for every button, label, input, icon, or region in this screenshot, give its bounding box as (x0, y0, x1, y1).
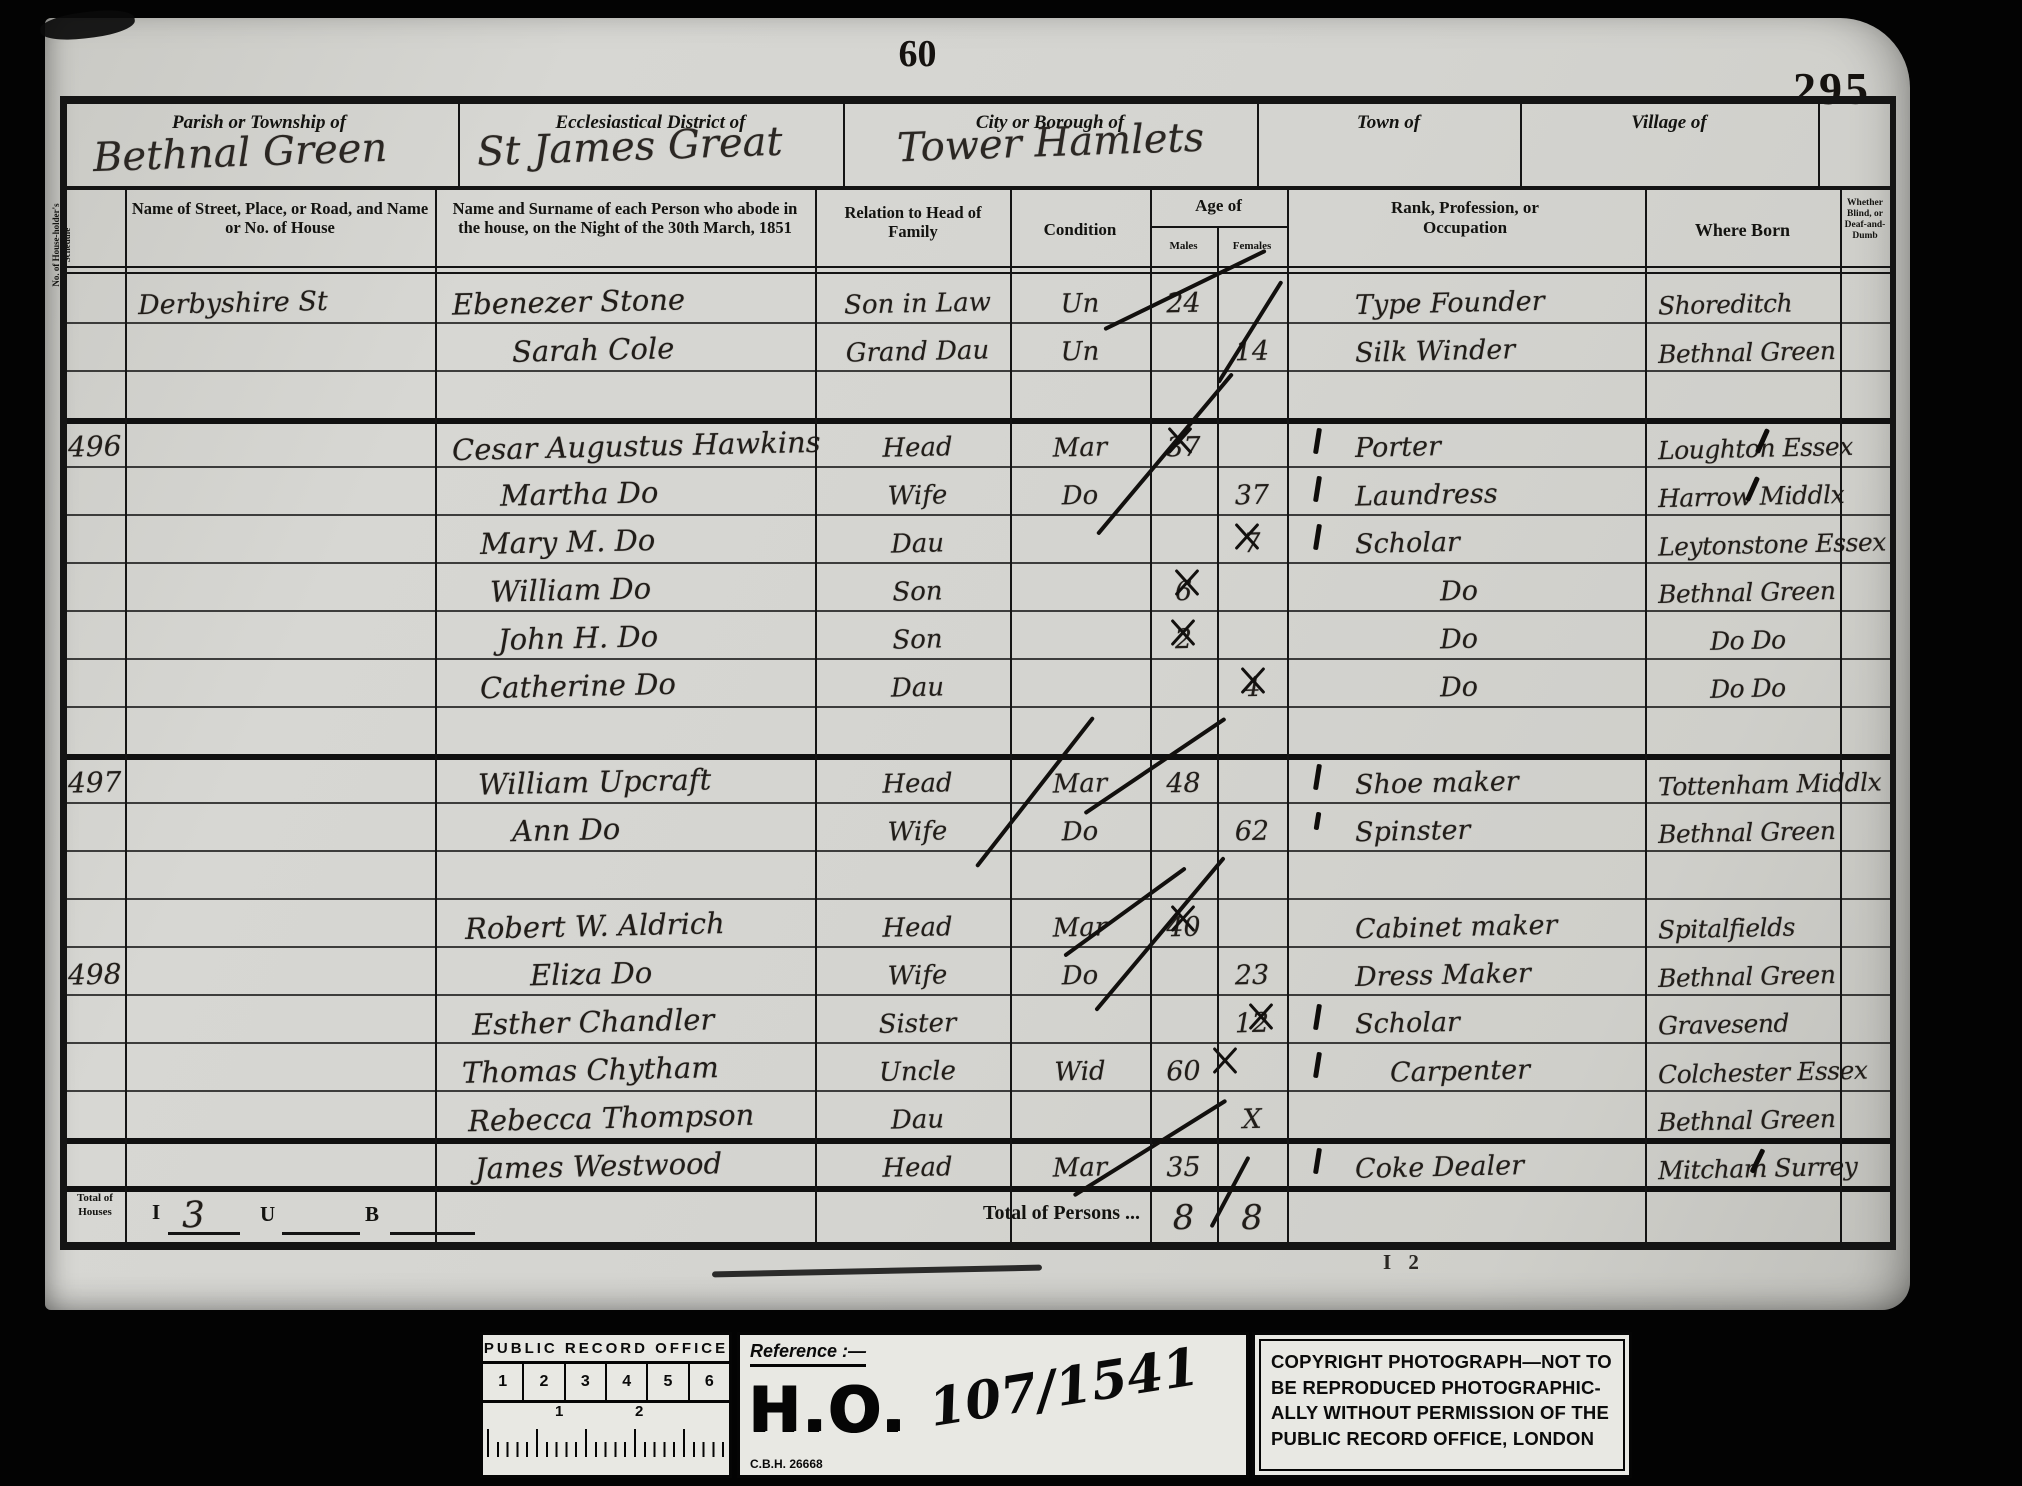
rule-line (168, 1232, 240, 1235)
table-row: 497 William Upcraft Head Mar 48 Shoe mak… (60, 754, 1896, 804)
table-row: Ann Do Wife Do 62 Spinster Bethnal Green (60, 802, 1896, 852)
table-row (60, 706, 1896, 760)
cell-name: Thomas Chytham (462, 1050, 719, 1090)
copyright-notice: COPYRIGHT PHOTOGRAPH—NOT TO BE REPRODUCE… (1252, 1332, 1632, 1478)
rule-line (1645, 186, 1647, 1242)
cm-number: 1 (555, 1403, 563, 1420)
check-mark (1313, 1052, 1322, 1078)
copyright-line: BE REPRODUCED PHOTOGRAPHIC- (1271, 1375, 1613, 1401)
cell-schedule: 498 (68, 957, 122, 991)
cell-name: James Westwood (475, 1146, 723, 1186)
cell-occupation: Scholar (1355, 527, 1461, 560)
inch-cell: 2 (524, 1364, 565, 1400)
cm-number: 2 (635, 1403, 643, 1420)
cell-name: Robert W. Aldrich (465, 906, 725, 946)
table-row: John H. Do Son 2 Do Do Do (60, 610, 1896, 660)
total-houses-value: 3 (182, 1195, 206, 1237)
column-header-age: Age of (1150, 196, 1287, 216)
cell-relation: Grand Dau (820, 335, 1016, 369)
cell-occupation: Do (1440, 624, 1479, 656)
rule-line (1520, 104, 1522, 186)
column-header-females: Females (1217, 240, 1287, 253)
census-page: 60 295 Parish or Township of Ecclesiasti… (45, 18, 1910, 1310)
cell-born: Leytonstone Essex (1658, 527, 1886, 561)
inch-cell: 3 (566, 1364, 607, 1400)
cell-occupation: Silk Winder (1355, 334, 1516, 369)
inch-cell: 4 (607, 1364, 648, 1400)
rule-line (282, 1232, 360, 1235)
cell-born: Spitalfields (1658, 912, 1796, 944)
table-row: Catherine Do Dau 4 Do Do Do (60, 658, 1896, 708)
ruler-inches: 1 2 3 4 5 6 (483, 1364, 729, 1403)
cell-age-female: 37 (1217, 479, 1288, 512)
cell-relation: Sister (820, 1007, 1016, 1041)
cell-relation: Head (820, 431, 1016, 465)
geo-town-label: Town of (1257, 112, 1520, 134)
column-header-occupation: Rank, Profession, or Occupation (1365, 198, 1565, 237)
rule-line (1287, 186, 1289, 1242)
total-houses-label: Total of Houses (64, 1192, 126, 1220)
rule-line (1257, 104, 1259, 186)
inhabited-label: I (152, 1200, 160, 1225)
inch-cell: 1 (483, 1364, 524, 1400)
cell-condition: Wid (1010, 1055, 1151, 1088)
cell-occupation: Carpenter (1390, 1054, 1531, 1088)
check-mark (1313, 428, 1322, 454)
rule-line (1840, 186, 1842, 1242)
cell-born: Do Do (1710, 673, 1786, 704)
total-persons-males: 8 (1150, 1197, 1218, 1239)
rule-line (435, 186, 437, 1242)
cell-occupation: Do (1440, 672, 1479, 704)
cell-born: Gravesend (1658, 1009, 1790, 1041)
rule-line (60, 96, 67, 1250)
rule-line (1890, 96, 1896, 1250)
cell-age-male: 60 (1150, 1055, 1218, 1088)
cell-age-male: 48 (1150, 767, 1218, 800)
x-mark (1210, 1046, 1240, 1076)
rule-line (60, 186, 1896, 190)
x-mark (1246, 1002, 1276, 1032)
check-mark (1313, 1148, 1322, 1174)
cm-ticks (487, 1427, 725, 1457)
table-row: Mary M. Do Dau 7 Scholar Leytonstone Ess… (60, 514, 1896, 564)
table-row: Sarah Cole Grand Dau Un 14 Silk Winder B… (60, 322, 1896, 372)
cell-name: William Upcraft (478, 762, 712, 801)
rule-line (60, 266, 1896, 268)
column-header-street: Name of Street, Place, or Road, and Name… (129, 200, 431, 238)
cell-born: Tottenham Middlx (1658, 767, 1882, 801)
cell-name: Mary M. Do (480, 523, 656, 561)
cell-born: Bethnal Green (1658, 1104, 1836, 1137)
column-header-males: Males (1150, 240, 1217, 253)
cell-name: Sarah Cole (512, 331, 675, 369)
cell-occupation: Type Founder (1355, 286, 1545, 321)
cell-name: Esther Chandler (472, 1002, 715, 1041)
copyright-line: ALLY WITHOUT PERMISSION OF THE (1271, 1400, 1613, 1426)
cell-occupation: Cabinet maker (1355, 910, 1558, 946)
check-mark (1313, 1004, 1322, 1030)
rule-line (1010, 186, 1012, 1242)
rule-line (1150, 186, 1152, 1242)
check-mark (1314, 812, 1322, 831)
check-mark (1313, 764, 1322, 790)
table-row: 496 Cesar Augustus Hawkins Head Mar 37 P… (60, 418, 1896, 468)
table-row: Robert W. Aldrich Head Mar 40 Cabinet ma… (60, 898, 1896, 948)
x-mark (1238, 666, 1268, 696)
totals-band: Total of Houses I 3 U B Total of Persons… (60, 1186, 1896, 1242)
rule-line (60, 1242, 1896, 1250)
cell-relation: Head (820, 1151, 1016, 1185)
rule-line (60, 96, 1896, 104)
cell-occupation: Coke Dealer (1355, 1150, 1525, 1185)
reference-stamp: Reference :— H.O. 107/1541 C.B.H. 26668 (737, 1332, 1249, 1478)
column-header-schedule: No. of House-holder's Schedule (61, 190, 125, 272)
x-mark (1172, 568, 1202, 598)
geo-parish-value: Bethnal Green (92, 125, 388, 181)
cell-occupation: Laundress (1355, 478, 1498, 512)
check-mark (1313, 524, 1322, 550)
check-mark (1313, 476, 1322, 502)
cell-relation: Son (820, 575, 1016, 609)
geo-village-label: Village of (1520, 112, 1818, 134)
rule-line (458, 104, 460, 186)
uninhabited-label: U (260, 1202, 275, 1227)
copyright-line: COPYRIGHT PHOTOGRAPH—NOT TO (1271, 1349, 1613, 1375)
cell-relation: Son (820, 623, 1016, 657)
cell-relation: Wife (820, 479, 1016, 513)
table-row: 498 Eliza Do Wife Do 23 Dress Maker Beth… (60, 946, 1896, 996)
cell-born: Do Do (1710, 625, 1786, 656)
inch-cell: 6 (690, 1364, 729, 1400)
inch-cell: 5 (648, 1364, 689, 1400)
pro-stamp: PUBLIC RECORD OFFICE 1 2 3 4 5 6 1 2 (480, 1332, 732, 1478)
column-header-blind: Whether Blind, or Deaf-and-Dumb (1838, 198, 1892, 242)
copyright-line: PUBLIC RECORD OFFICE, LONDON (1271, 1426, 1613, 1452)
column-header-relation: Relation to Head of Family (833, 204, 993, 242)
cell-name: Rebecca Thompson (468, 1098, 755, 1138)
cell-occupation: Spinster (1355, 815, 1471, 849)
rule-line (1217, 228, 1219, 1242)
column-header-name: Name and Surname of each Person who abod… (441, 200, 809, 238)
rule-line (390, 1232, 475, 1235)
cell-name: Ebenezer Stone (452, 282, 686, 321)
reference-number: 107/1541 (925, 1336, 1203, 1439)
cell-name: Martha Do (500, 475, 659, 513)
cell-condition: Mar (1010, 431, 1151, 464)
cell-name: William Do (490, 571, 652, 609)
cell-relation: Son in Law (820, 287, 1016, 321)
cell-relation: Uncle (820, 1055, 1016, 1089)
cell-born: Bethnal Green (1658, 816, 1836, 849)
cell-occupation: Do (1440, 576, 1479, 608)
cell-occupation: Porter (1355, 431, 1442, 464)
rule-line (843, 104, 845, 186)
cell-relation: Dau (820, 527, 1016, 561)
cell-condition: Un (1010, 335, 1151, 368)
table-row: Thomas Chytham Uncle Wid 60 Carpenter Co… (60, 1042, 1896, 1092)
rule-line (125, 186, 127, 1242)
cell-occupation: Scholar (1355, 1007, 1461, 1040)
pro-stamp-title: PUBLIC RECORD OFFICE (483, 1335, 729, 1364)
cell-occupation: Dress Maker (1355, 958, 1531, 993)
page-number: 60 (45, 32, 1790, 76)
cell-relation: Wife (820, 815, 1016, 849)
cell-name: Cesar Augustus Hawkins (452, 425, 821, 467)
geo-borough-value: Tower Hamlets (896, 115, 1205, 172)
building-label: B (365, 1202, 379, 1227)
cell-born: Shoreditch (1658, 288, 1793, 320)
table-row: William Do Son 6 Do Bethnal Green (60, 562, 1896, 612)
cell-name: Catherine Do (480, 667, 677, 705)
cell-occupation: Shoe maker (1355, 766, 1519, 801)
table-row: Esther Chandler Sister 12 Scholar Graves… (60, 994, 1896, 1044)
cell-condition: Mar (1010, 911, 1151, 944)
negative-number: C.B.H. 26668 (750, 1457, 823, 1471)
geo-district-value: St James Great (476, 119, 783, 176)
reference-series: H.O. (748, 1373, 906, 1446)
table-row: Derbyshire St Ebenezer Stone Son in Law … (60, 274, 1896, 324)
cell-age-female: 23 (1217, 959, 1288, 992)
cell-born: Bethnal Green (1658, 960, 1836, 993)
cell-schedule: 497 (68, 765, 122, 799)
table-row: Rebecca Thompson Dau X Bethnal Green (60, 1090, 1896, 1144)
cell-born: Bethnal Green (1658, 336, 1836, 369)
table-row (60, 370, 1896, 424)
x-mark (1232, 522, 1262, 552)
cell-schedule: 496 (68, 429, 122, 463)
copyright-frame: COPYRIGHT PHOTOGRAPH—NOT TO BE REPRODUCE… (1259, 1339, 1625, 1471)
cell-condition: Mar (1010, 1151, 1151, 1184)
reference-label: Reference :— (750, 1341, 866, 1367)
cell-name: Eliza Do (530, 956, 653, 993)
cell-age-female: X (1217, 1103, 1288, 1136)
column-header-condition: Condition (1010, 220, 1150, 240)
cell-street: Derbyshire St (138, 286, 328, 321)
x-mark (1168, 618, 1198, 648)
column-header-born: Where Born (1645, 220, 1840, 241)
cell-relation: Dau (820, 671, 1016, 705)
cell-relation: Wife (820, 959, 1016, 993)
cell-born: Colchester Essex (1658, 1056, 1868, 1090)
cell-relation: Dau (820, 1103, 1016, 1137)
cell-age-male: 35 (1150, 1151, 1218, 1184)
cell-condition: Do (1010, 815, 1151, 848)
cell-born: Bethnal Green (1658, 576, 1836, 609)
total-persons-females: 8 (1217, 1197, 1288, 1239)
table-row (60, 850, 1896, 900)
table-row: James Westwood Head Mar 35 Coke Dealer M… (60, 1138, 1896, 1192)
cell-age-female: 62 (1217, 815, 1288, 848)
total-persons-label: Total of Persons ... (820, 1202, 1140, 1225)
cell-name: Ann Do (512, 812, 621, 848)
census-photograph: 60 295 Parish or Township of Ecclesiasti… (0, 0, 2022, 1486)
printers-mark: I 2 (1383, 1250, 1425, 1275)
table-row: Martha Do Wife Do 37 Laundress Harrow Mi… (60, 466, 1896, 516)
cell-name: John H. Do (498, 619, 659, 657)
cell-relation: Head (820, 911, 1016, 945)
cell-relation: Head (820, 767, 1016, 801)
ruler-cm: 1 2 (483, 1403, 729, 1461)
cell-condition: Do (1010, 959, 1151, 992)
rule-line (815, 186, 817, 1242)
rule-line (1818, 104, 1820, 186)
folio-number: 295 (1793, 62, 1871, 115)
